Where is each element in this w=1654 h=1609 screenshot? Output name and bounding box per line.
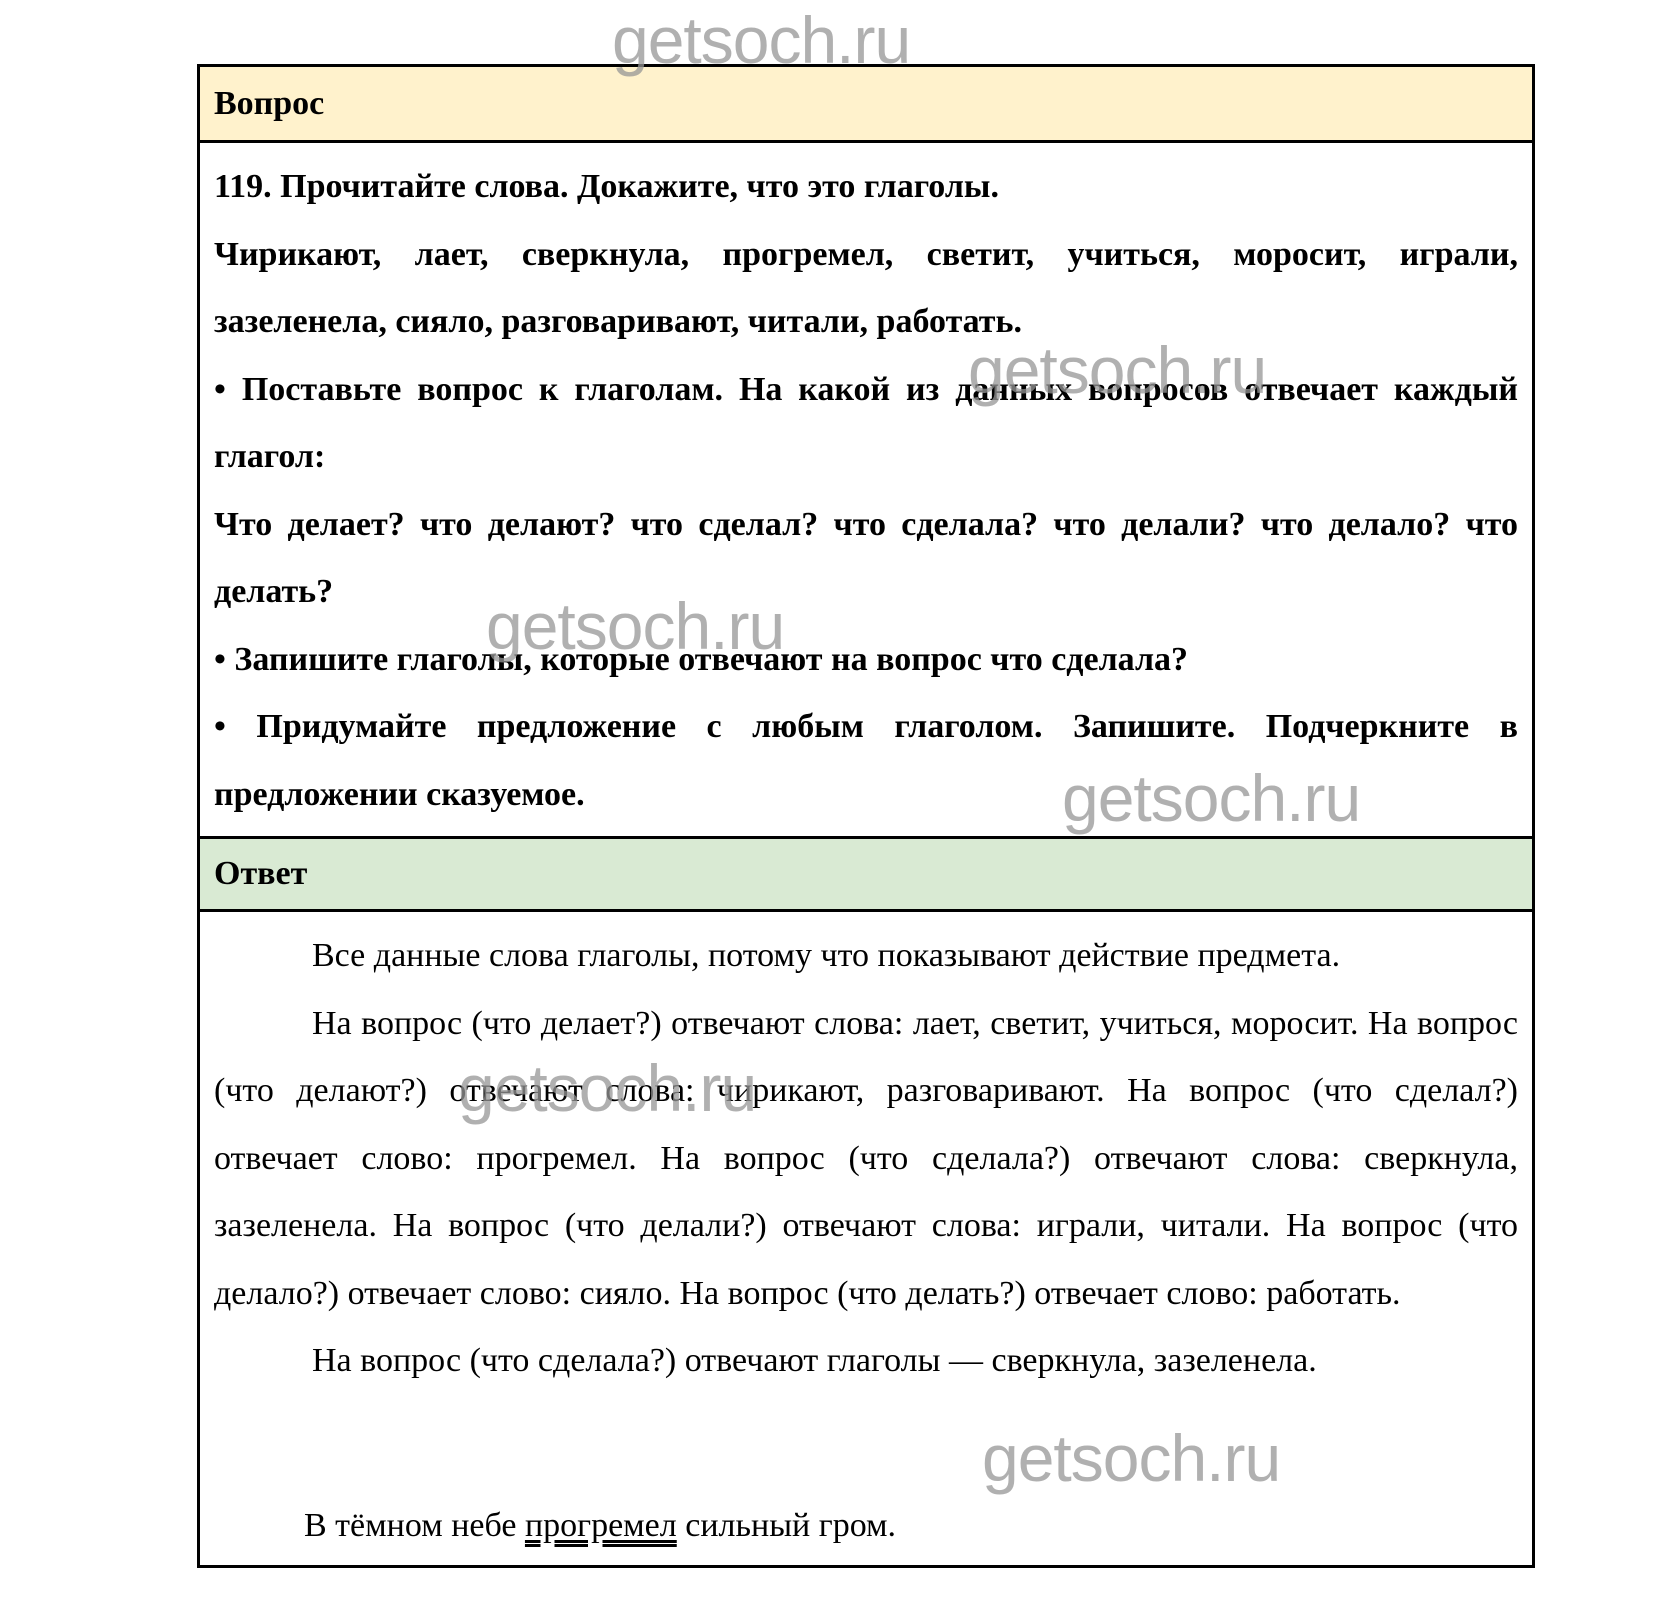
question-task-2: • Запишите глаголы, которые отвечают на … — [214, 626, 1518, 694]
example-sentence: В тёмном небе прогремел сильный гром. — [304, 1492, 896, 1560]
question-word-list: Чирикают, лает, сверкнула, прогремел, св… — [214, 221, 1518, 356]
example-text: сильный гром. — [677, 1507, 896, 1544]
question-header: Вопрос — [200, 67, 1532, 143]
question-options: Что делает? что делают? что сделал? что … — [214, 491, 1518, 626]
question-header-label: Вопрос — [214, 85, 324, 123]
question-task-1: • Поставьте вопрос к глаголам. На какой … — [214, 356, 1518, 491]
answer-paragraph: Все данные слова глаголы, потому что пок… — [214, 922, 1518, 990]
question-task-3: • Придумайте предложение с любым глаголо… — [214, 693, 1518, 828]
example-text: В тёмном небе — [304, 1507, 525, 1544]
question-title: 119. Прочитайте слова. Докажите, что это… — [214, 153, 1518, 221]
task-card: Вопрос 119. Прочитайте слова. Докажите, … — [197, 64, 1535, 1568]
answer-header-label: Ответ — [214, 855, 307, 893]
answer-body: Все данные слова глаголы, потому что пок… — [200, 912, 1532, 1565]
answer-header: Ответ — [200, 836, 1532, 912]
answer-paragraph: На вопрос (что сделала?) отвечают глагол… — [214, 1327, 1518, 1395]
question-body: 119. Прочитайте слова. Докажите, что это… — [200, 143, 1532, 836]
answer-paragraph: На вопрос (что делает?) отвечают слова: … — [214, 990, 1518, 1328]
predicate-underlined: прогремел — [525, 1507, 677, 1544]
